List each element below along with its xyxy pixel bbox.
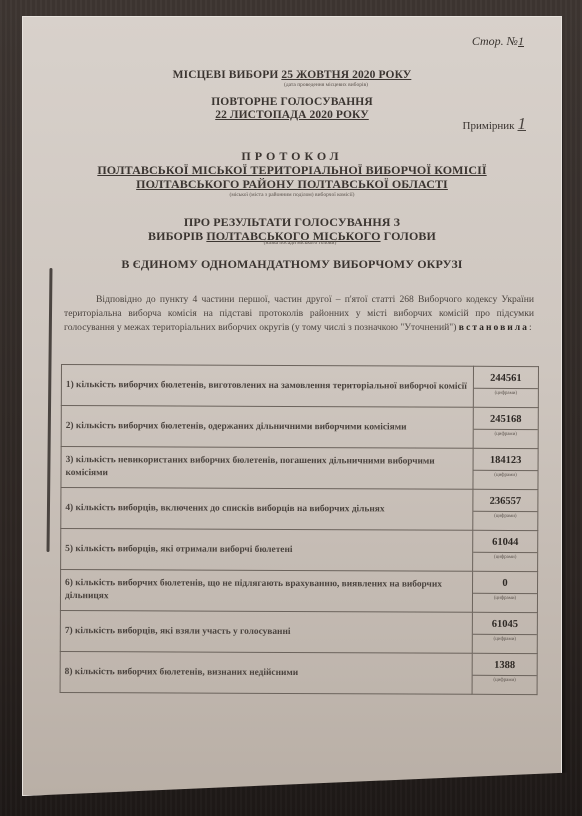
row-value-cell: 1388(цифрами) bbox=[472, 653, 537, 694]
repeat-vote-title: ПОВТОРНЕ ГОЛОСУВАННЯ bbox=[22, 96, 562, 109]
row-label: 2) кількість виборчих бюлетенів, одержан… bbox=[61, 406, 473, 449]
row-label: 1) кількість виборчих бюлетенів, виготов… bbox=[61, 365, 473, 408]
district-heading: В ЄДИНОМУ ОДНОМАНДАТНОМУ ВИБОРЧОМУ ОКРУЗ… bbox=[22, 257, 562, 272]
page-number-label: Стор. № bbox=[472, 34, 518, 48]
pen-margin-mark bbox=[47, 268, 53, 552]
results-title: ПРО РЕЗУЛЬТАТИ ГОЛОСУВАННЯ З ВИБОРІВ ПОЛ… bbox=[22, 215, 562, 243]
table-row: 7) кількість виборців, які взяли участь … bbox=[60, 610, 537, 653]
row-value: 1388 bbox=[473, 656, 537, 676]
copy-number: Примірник1 bbox=[463, 114, 526, 134]
election-label: МІСЦЕВІ ВИБОРИ bbox=[173, 69, 282, 81]
row-label: 4) кількість виборців, включених до спис… bbox=[61, 488, 473, 531]
table-row: 6) кількість виборчих бюлетенів, що не п… bbox=[60, 570, 537, 613]
row-value: 0 bbox=[473, 574, 537, 594]
row-value-cell: 236557(цифрами) bbox=[473, 489, 538, 530]
position-caption: (назва посади міського голови) bbox=[22, 240, 562, 247]
election-heading: МІСЦЕВІ ВИБОРИ 25 ЖОВТНЯ 2020 РОКУ bbox=[22, 69, 562, 81]
row-label: 8) кількість виборчих бюлетенів, визнани… bbox=[60, 651, 472, 694]
copy-label: Примірник bbox=[463, 120, 515, 132]
row-value: 184123 bbox=[474, 451, 538, 471]
row-value-cell: 0(цифрами) bbox=[472, 571, 537, 612]
table-row: 1) кількість виборчих бюлетенів, виготов… bbox=[61, 365, 538, 408]
row-value-caption: (цифрами) bbox=[473, 676, 537, 692]
row-value-cell: 61045(цифрами) bbox=[472, 612, 537, 653]
row-value-caption: (цифрами) bbox=[473, 594, 537, 610]
results-table: 1) кількість виборчих бюлетенів, виготов… bbox=[60, 364, 539, 695]
row-label: 3) кількість невикористаних виборчих бюл… bbox=[61, 447, 473, 490]
row-value-caption: (цифрами) bbox=[473, 471, 537, 487]
table-row: 5) кількість виборців, які отримали вибо… bbox=[61, 529, 538, 572]
table-row: 8) кількість виборчих бюлетенів, визнани… bbox=[60, 651, 537, 694]
election-date-caption: (дата проведення місцевих виборів) bbox=[284, 82, 368, 89]
page-number: Стор. №1 bbox=[472, 34, 524, 49]
commission-line-2: ПОЛТАВСЬКОГО РАЙОНУ ПОЛТАВСЬКОЇ ОБЛАСТІ bbox=[22, 177, 562, 191]
intro-paragraph: Відповідно до пункту 4 частини першої, ч… bbox=[64, 293, 534, 335]
row-label: 5) кількість виборців, які отримали вибо… bbox=[61, 529, 473, 572]
commission-caption: (міської (міста з районним поділом) вибо… bbox=[22, 192, 562, 199]
protocol-document: Стор. №1 МІСЦЕВІ ВИБОРИ 25 ЖОВТНЯ 2020 Р… bbox=[22, 16, 562, 796]
row-value-cell: 61044(цифрами) bbox=[473, 530, 538, 571]
election-date: 25 ЖОВТНЯ 2020 РОКУ bbox=[281, 69, 411, 81]
row-value: 244561 bbox=[474, 369, 538, 389]
row-value-caption: (цифрами) bbox=[474, 389, 538, 405]
table-row: 3) кількість невикористаних виборчих бюл… bbox=[61, 447, 538, 490]
commission-line-1: ПОЛТАВСЬКОЇ МІСЬКОЇ ТЕРИТОРІАЛЬНОЇ ВИБОР… bbox=[22, 163, 562, 177]
commission-name: ПОЛТАВСЬКОЇ МІСЬКОЇ ТЕРИТОРІАЛЬНОЇ ВИБОР… bbox=[22, 163, 562, 191]
row-value-cell: 245168(цифрами) bbox=[473, 407, 538, 448]
row-value: 61045 bbox=[473, 615, 537, 635]
row-label: 6) кількість виборчих бюлетенів, що не п… bbox=[60, 570, 472, 613]
row-value-caption: (цифрами) bbox=[473, 635, 537, 651]
row-value-cell: 244561(цифрами) bbox=[473, 366, 538, 407]
page-number-value: 1 bbox=[518, 34, 524, 48]
row-value: 245168 bbox=[474, 410, 538, 430]
row-value-caption: (цифрами) bbox=[473, 512, 537, 528]
copy-number-value: 1 bbox=[518, 114, 527, 133]
row-value: 236557 bbox=[473, 492, 537, 512]
row-value: 61044 bbox=[473, 533, 537, 553]
row-value-caption: (цифрами) bbox=[474, 430, 538, 446]
intro-established: встановила bbox=[459, 322, 529, 333]
row-value-caption: (цифрами) bbox=[473, 553, 537, 569]
results-title-line-1: ПРО РЕЗУЛЬТАТИ ГОЛОСУВАННЯ З bbox=[22, 215, 562, 229]
table-row: 2) кількість виборчих бюлетенів, одержан… bbox=[61, 406, 538, 449]
protocol-title: ПРОТОКОЛ bbox=[22, 149, 562, 164]
row-label: 7) кількість виборців, які взяли участь … bbox=[60, 610, 472, 653]
row-value-cell: 184123(цифрами) bbox=[473, 448, 538, 489]
table-row: 4) кількість виборців, включених до спис… bbox=[61, 488, 538, 531]
intro-colon: : bbox=[529, 322, 532, 333]
